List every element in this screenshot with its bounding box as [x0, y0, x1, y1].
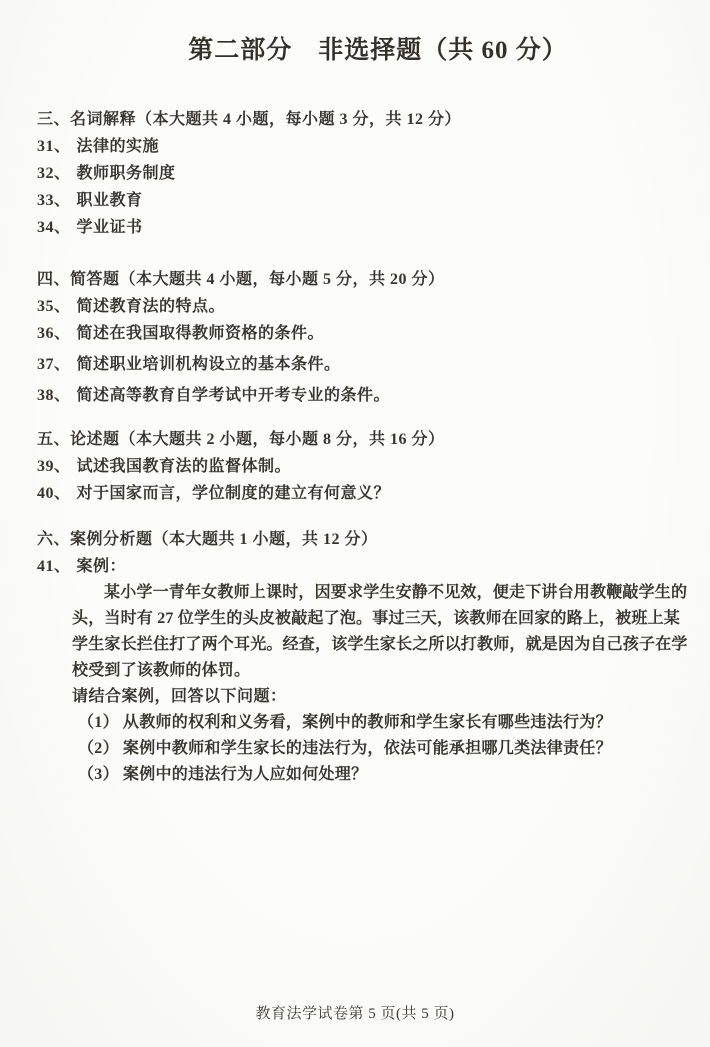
- question-item-40: 40、对于国家而言，学位制度的建立有何意义？: [37, 480, 680, 507]
- subquestion-number: （1）: [78, 714, 119, 731]
- question-text: 案例：: [77, 558, 127, 575]
- section-heading: 六、案例分析题（本大题共 1 小题，共 12 分）: [37, 526, 680, 553]
- question-item-41: 41、案例：: [37, 553, 680, 580]
- question-text: 职业教育: [77, 192, 143, 209]
- case-subquestion-2: （2）案例中教师和学生家长的违法行为，依法可能承担哪几类法律责任？: [78, 736, 710, 762]
- section-heading: 五、论述题（本大题共 2 小题，每小题 8 分，共 16 分）: [37, 426, 680, 453]
- page-footer: 教育法学试卷第 5 页(共 5 页): [0, 1002, 710, 1023]
- subquestion-text: 案例中教师和学生家长的违法行为，依法可能承担哪几类法律责任？: [123, 740, 612, 757]
- question-item-35: 35、简述教育法的特点。: [37, 293, 680, 320]
- question-item-31: 31、法律的实施: [37, 133, 680, 160]
- question-number: 41、: [37, 558, 71, 575]
- question-text: 简述在我国取得教师资格的条件。: [77, 325, 325, 342]
- question-number: 40、: [37, 485, 71, 502]
- question-text: 简述职业培训机构设立的基本条件。: [77, 356, 341, 373]
- question-text: 法律的实施: [77, 138, 160, 155]
- question-item-34: 34、学业证书: [37, 214, 680, 241]
- question-number: 36、: [37, 325, 71, 342]
- question-item-32: 32、教师职务制度: [37, 160, 680, 187]
- question-text: 简述教育法的特点。: [77, 298, 226, 315]
- case-line: 学生家长拦住打了两个耳光。经查，该学生家长之所以打教师，就是因为自己孩子在学: [72, 632, 676, 658]
- question-number: 37、: [37, 356, 71, 373]
- subquestion-text: 从教师的权利和义务看，案例中的教师和学生家长有哪些违法行为？: [123, 714, 612, 731]
- case-paragraph: 某小学一青年女教师上课时，因要求学生安静不见效，便走下讲台用教鞭敲学生的 头，当…: [72, 580, 676, 684]
- subquestion-text: 案例中的违法行为人应如何处理？: [123, 766, 368, 783]
- question-item-36: 36、简述在我国取得教师资格的条件。: [37, 320, 680, 347]
- question-text: 教师职务制度: [77, 165, 176, 182]
- subquestion-number: （2）: [78, 740, 119, 757]
- page-title: 第二部分 非选择题（共 60 分）: [0, 0, 710, 66]
- case-subquestion-3: （3）案例中的违法行为人应如何处理？: [78, 762, 710, 788]
- subquestion-number: （3）: [78, 766, 119, 783]
- case-line: 某小学一青年女教师上课时，因要求学生安静不见效，便走下讲台用教鞭敲学生的: [72, 580, 676, 606]
- question-number: 34、: [37, 219, 71, 236]
- case-prompt: 请结合案例，回答以下问题：: [72, 684, 710, 710]
- question-number: 38、: [37, 387, 71, 404]
- section-heading: 三、名词解释（本大题共 4 小题，每小题 3 分，共 12 分）: [37, 106, 680, 133]
- question-number: 33、: [37, 192, 71, 209]
- section-heading: 四、简答题（本大题共 4 小题，每小题 5 分，共 20 分）: [37, 266, 680, 293]
- case-line: 校受到了该教师的体罚。: [72, 658, 676, 684]
- question-item-39: 39、试述我国教育法的监督体制。: [37, 453, 680, 480]
- case-subquestion-1: （1）从教师的权利和义务看，案例中的教师和学生家长有哪些违法行为？: [78, 710, 710, 736]
- question-number: 39、: [37, 458, 71, 475]
- question-item-38: 38、简述高等教育自学考试中开考专业的条件。: [37, 382, 680, 409]
- section-short-answer: 四、简答题（本大题共 4 小题，每小题 5 分，共 20 分） 35、简述教育法…: [37, 266, 680, 409]
- section-term-definitions: 三、名词解释（本大题共 4 小题，每小题 3 分，共 12 分） 31、法律的实…: [37, 106, 680, 241]
- question-text: 对于国家而言，学位制度的建立有何意义？: [77, 485, 391, 502]
- question-item-37: 37、简述职业培训机构设立的基本条件。: [37, 351, 680, 378]
- question-number: 31、: [37, 138, 71, 155]
- exam-paper-page: 第二部分 非选择题（共 60 分） 三、名词解释（本大题共 4 小题，每小题 3…: [0, 0, 710, 1047]
- question-text: 学业证书: [77, 219, 143, 236]
- section-essay: 五、论述题（本大题共 2 小题，每小题 8 分，共 16 分） 39、试述我国教…: [37, 426, 680, 507]
- section-case-analysis: 六、案例分析题（本大题共 1 小题，共 12 分） 41、案例：: [37, 526, 680, 580]
- question-text: 试述我国教育法的监督体制。: [77, 458, 292, 475]
- case-line: 头，当时有 27 位学生的头皮被敲起了泡。事过三天，该教师在回家的路上，被班上某: [72, 606, 676, 632]
- question-text: 简述高等教育自学考试中开考专业的条件。: [77, 387, 391, 404]
- question-item-33: 33、职业教育: [37, 187, 680, 214]
- question-number: 32、: [37, 165, 71, 182]
- question-number: 35、: [37, 298, 71, 315]
